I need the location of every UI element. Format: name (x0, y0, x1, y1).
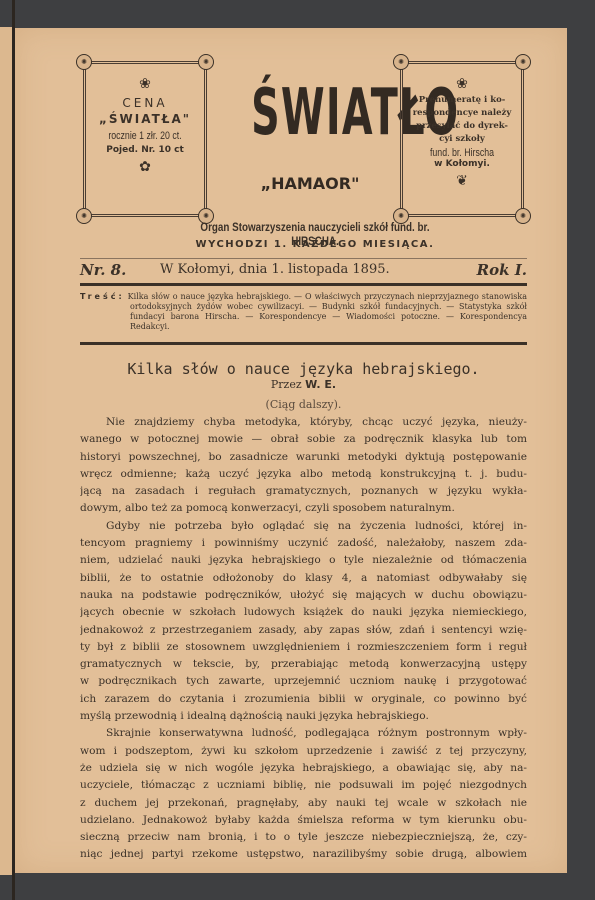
issue-date: W Kołomyi, dnia 1. listopada 1895. (160, 262, 390, 277)
frequency-line: WYCHODZI 1. KAŻDEGO MIESIĄCA. (150, 239, 480, 250)
byline: Przez W. E. (80, 378, 527, 391)
text-line: uczyciele, tłómacząc z uczniami biblię, … (80, 777, 527, 794)
text-line: niąc jednej partyi rzekome ustępstwo, na… (80, 846, 527, 863)
school-name: fund. br. Hirscha (415, 147, 509, 159)
masthead-subtitle: „HAMAOR" (215, 174, 405, 193)
text-line: Gdyby nie potrzeba było oglądać się na ż… (80, 518, 527, 535)
text-line: jących obecnie w szkołach ludowych książ… (80, 604, 527, 621)
price-name: „ŚWIATŁA" (86, 112, 204, 126)
school-place: w Kołomyi. (403, 159, 521, 169)
text-line: wręcz odmienne; każą uczyć języka albo m… (80, 466, 527, 483)
flower-ornament-icon: ❀ (86, 76, 204, 92)
subscription-line: cyi szkoły (409, 133, 515, 146)
text-line: że udziela się w nich wogóle języka hebr… (80, 760, 527, 777)
text-line: tencyom pragniemy i powinniśmy uczynić z… (80, 535, 527, 552)
text-line: Skrajnie konserwatywna ludność, podlegaj… (80, 725, 527, 742)
text-line: udzielano. Jednakowoż byłaby każda śmiel… (80, 812, 527, 829)
text-line: gramatycznych w tekscie, by, przerabiają… (80, 656, 527, 673)
annual-price: rocznie 1 złr. 20 ct. (98, 130, 192, 142)
leaf-ornament-icon: ❦ (403, 173, 521, 189)
adjacent-page-edge (0, 27, 12, 875)
text-line: biblii, że to ostatnie odłożonoby do kla… (80, 570, 527, 587)
text-line: jącą na zasadach i regułach gramatycznyc… (80, 483, 527, 500)
text-line: nauka na podstawie podręczników, ułożyć … (80, 587, 527, 604)
text-line: w podręcznikach tych zawarte, uprzejemni… (80, 673, 527, 690)
text-line: ich zarazem do czytania i zrozumienia bi… (80, 691, 527, 708)
divider (80, 283, 527, 286)
text-line: Nie znajdziemy chyba metodyka, któryby, … (80, 414, 527, 431)
text-line: ty był z biblii ze stosownem uwzględnien… (80, 639, 527, 656)
flower-ornament-icon: ❀ (403, 76, 521, 92)
issue-line: Nr. 8. W Kołomyi, dnia 1. listopada 1895… (80, 261, 527, 281)
contents-label: Treść: (80, 292, 125, 301)
subscription-box: ✺ ✺ ✺ ✺ ❀ Prenumeratę i ko- respondencye… (400, 61, 524, 217)
corner-ornament-icon: ✺ (393, 54, 409, 70)
issue-year: Rok I. (477, 261, 527, 279)
corner-ornament-icon: ✺ (515, 54, 531, 70)
corner-ornament-icon: ✺ (76, 54, 92, 70)
corner-ornament-icon: ✺ (198, 54, 214, 70)
continuation-note: (Ciąg dalszy). (80, 398, 527, 411)
text-line: jednakowoż z przestrzeganiem zasady, aby… (80, 622, 527, 639)
text-line: niem, udzielać nauki języka hebrajskiego… (80, 552, 527, 569)
text-line: myślą przewodnią i idealną dążnością nau… (80, 708, 527, 725)
corner-ornament-icon: ✺ (76, 208, 92, 224)
text-line: dowym, albo też za pomocą konwerzacyi, c… (80, 500, 527, 517)
single-price: Pojed. Nr. 10 ct (86, 145, 204, 155)
subscription-line: Prenumeratę i ko- (409, 94, 515, 107)
article-title: Kilka słów o nauce języka hebrajskiego. (80, 360, 527, 378)
text-line: wom i podszeptom, żywi ku szkołom uprzed… (80, 743, 527, 760)
text-line: sieczną przeciw nam bronią, i to o tyle … (80, 829, 527, 846)
byline-prefix: Przez (271, 378, 302, 391)
article-body: Nie znajdziemy chyba metodyka, któryby, … (80, 414, 527, 864)
divider (80, 342, 527, 345)
masthead-title: ŚWIATŁO (251, 78, 369, 148)
corner-ornament-icon: ✺ (515, 208, 531, 224)
subscription-line: respondencye należy (409, 107, 515, 120)
table-of-contents: Treść: Kilka słów o nauce języka hebrajs… (80, 292, 527, 332)
text-line: wanego w potocznej mowie — obrał sobie z… (80, 431, 527, 448)
subscription-text: Prenumeratę i ko- respondencye należy pr… (403, 94, 521, 146)
subscription-line: przesyłać do dyrek- (409, 120, 515, 133)
newspaper-page: ✺ ✺ ✺ ✺ ❀ CENA „ŚWIATŁA" rocznie 1 złr. … (15, 28, 567, 873)
text-line: z duchem jej przekonań, pragnęłaby, aby … (80, 795, 527, 812)
author: W. E. (305, 378, 336, 391)
contents-text: Kilka słów o nauce języka hebrajskiego. … (128, 292, 527, 331)
price-heading: CENA (86, 96, 204, 110)
issue-number: Nr. 8. (80, 261, 126, 279)
text-line: historyi powszechnej, bo zasadnicze waru… (80, 449, 527, 466)
price-box: ✺ ✺ ✺ ✺ ❀ CENA „ŚWIATŁA" rocznie 1 złr. … (83, 61, 207, 217)
divider (80, 258, 527, 259)
flower-ornament-icon: ✿ (86, 159, 204, 175)
